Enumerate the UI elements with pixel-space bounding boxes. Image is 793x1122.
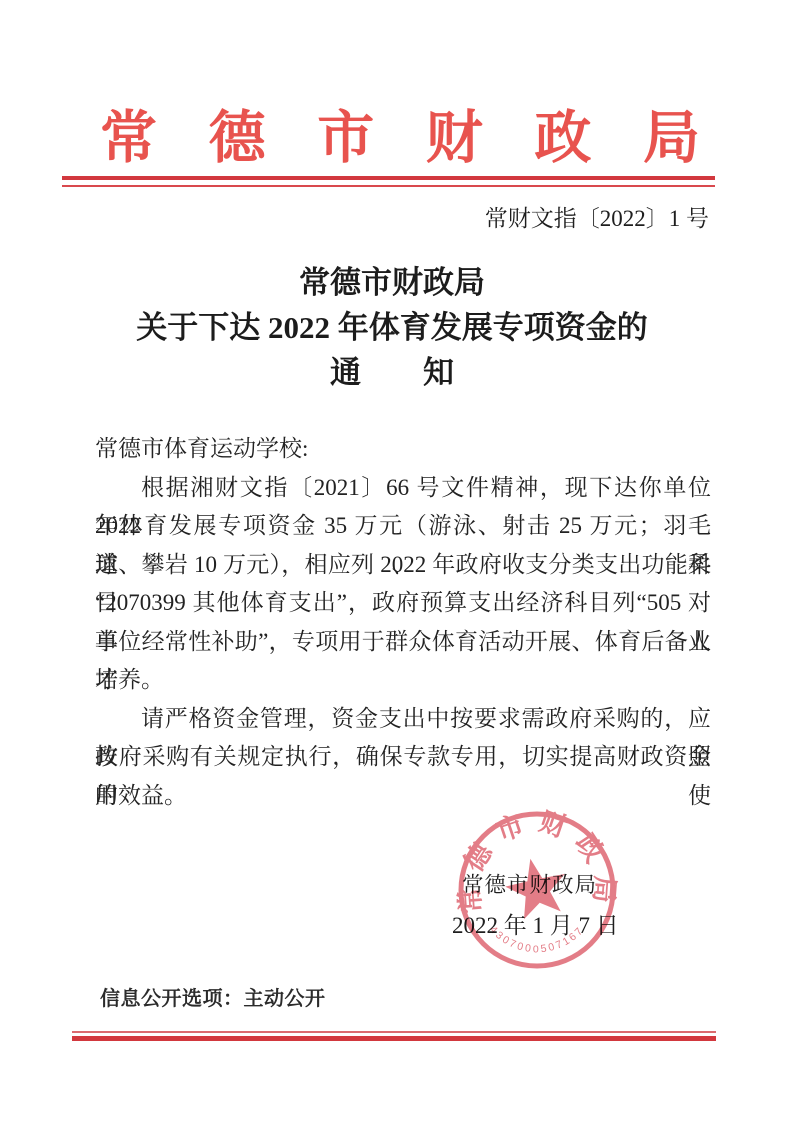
body-line: 根据湘财文指〔2021〕66 号文件精神，现下达你单位 2022	[95, 469, 711, 508]
letterhead-char: 财	[426, 106, 483, 172]
header-rule-thick	[62, 176, 715, 180]
title-line-3: 通 知	[62, 350, 722, 395]
document-number: 常财文指〔2022〕1 号	[485, 204, 709, 234]
letterhead-char: 市	[317, 106, 374, 172]
letterhead-char: 常	[100, 106, 157, 172]
letterhead-char: 政	[534, 106, 591, 172]
footer-rule-thick	[72, 1036, 716, 1041]
header-rule-thin	[62, 185, 715, 187]
body-text: 常德市体育运动学校: 根据湘财文指〔2021〕66 号文件精神，现下达你单位 2…	[95, 430, 711, 815]
body-line: 单位经常性补助”，专项用于群众体育活动开展、体育后备人才	[95, 623, 711, 662]
letterhead-char: 局	[643, 106, 700, 172]
official-seal-stamp: 常德市财政局 4307000507167	[452, 805, 622, 975]
footer-rule-thin	[72, 1031, 716, 1033]
body-line: 年体育发展专项资金 35 万元（游泳、射击 25 万元；羽毛球、柔	[95, 507, 711, 546]
body-line: 道、攀岩 10 万元），相应列 2022 年政府收支分类支出功能科目	[95, 546, 711, 585]
seal-star-icon	[501, 852, 573, 921]
body-line: 请严格资金管理，资金支出中按要求需政府采购的，应按照	[95, 700, 711, 739]
seal-serial-number: 4307000507167	[487, 924, 587, 955]
title-line-2: 关于下达 2022 年体育发展专项资金的	[62, 305, 722, 350]
document-title: 常德市财政局 关于下达 2022 年体育发展专项资金的 通 知	[62, 260, 722, 395]
body-line: 政府采购有关规定执行，确保专款专用，切实提高财政资金的使	[95, 738, 711, 777]
disclosure-note: 信息公开选项：主动公开	[100, 986, 326, 1012]
body-line: 培养。	[95, 661, 711, 700]
body-line-recipient: 常德市体育运动学校:	[95, 430, 711, 469]
body-line: “2070399 其他体育支出”，政府预算支出经济科目列“505 对事业	[95, 584, 711, 623]
letterhead-char: 德	[209, 106, 266, 172]
title-line-1: 常德市财政局	[62, 260, 722, 305]
document-page: 常 德 市 财 政 局 常财文指〔2022〕1 号 常德市财政局 关于下达 20…	[0, 0, 793, 1122]
letterhead-agency-name: 常 德 市 财 政 局	[100, 106, 700, 172]
